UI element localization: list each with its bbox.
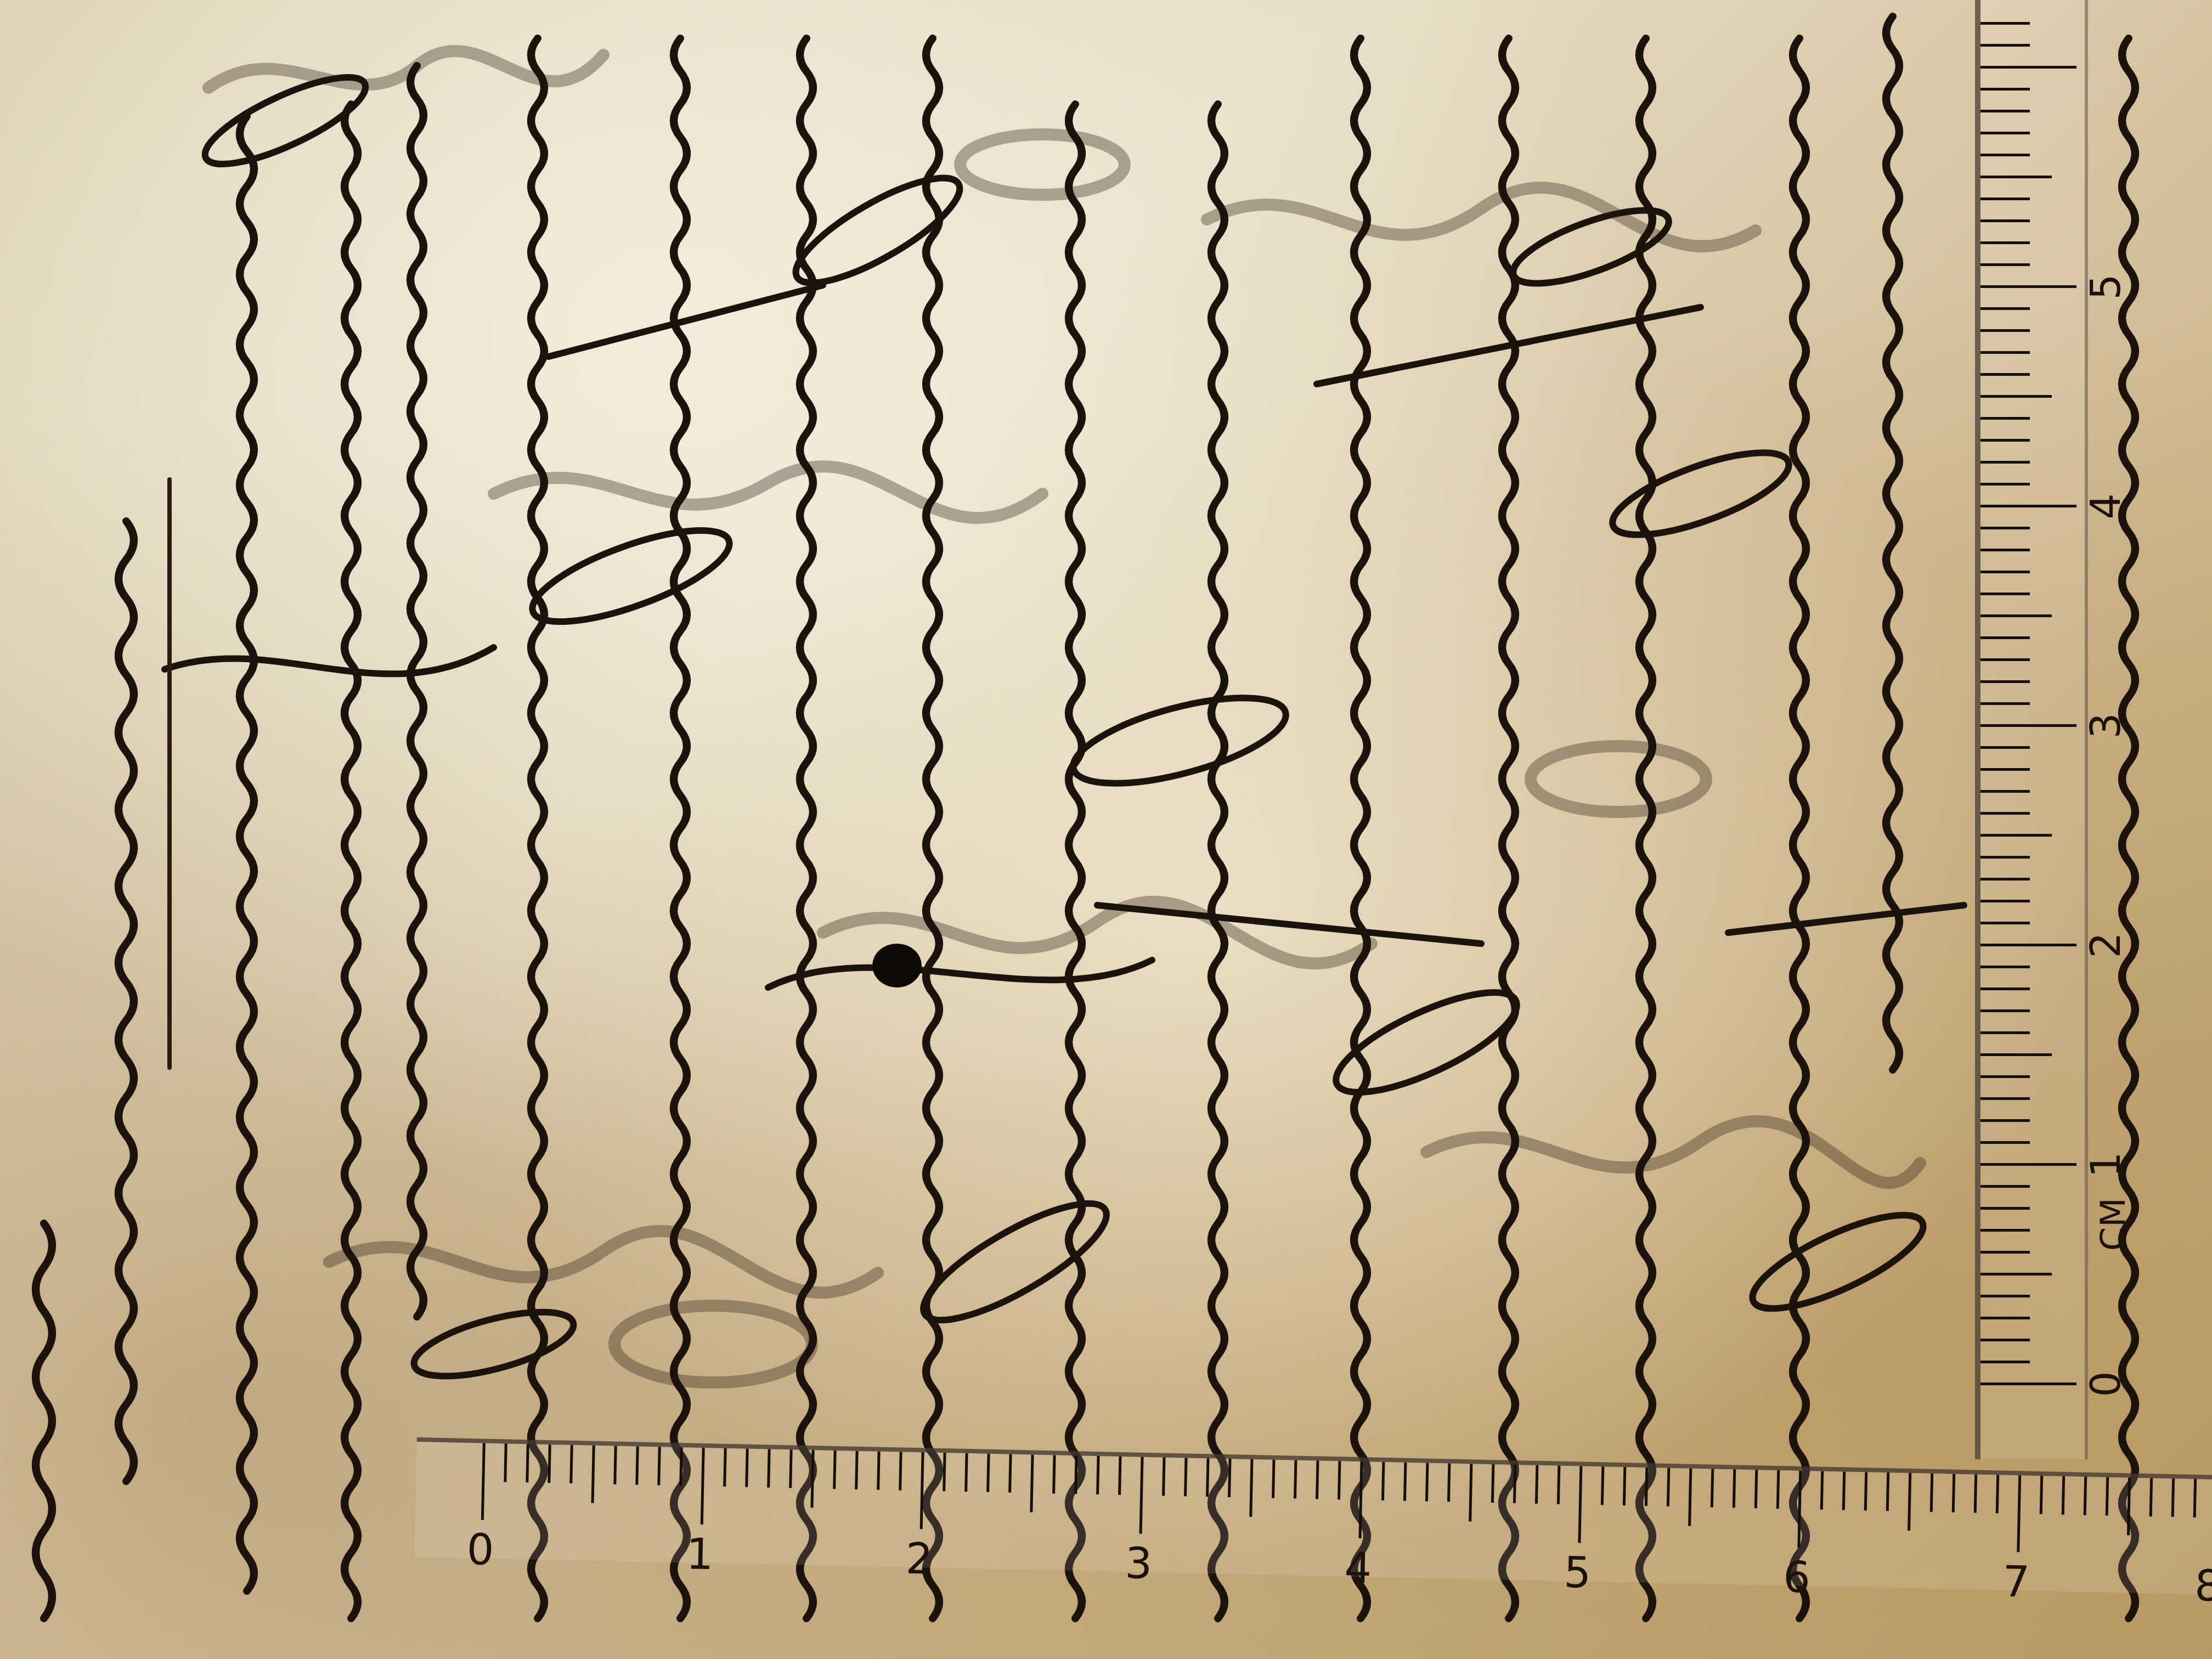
ruler-bottom-label: 6 [1782,1553,1811,1602]
ruler-right-label: 5 [2083,274,2130,300]
ruler-tick [1162,1457,1165,1496]
ruler-tick [1930,1474,1933,1512]
manuscript-page [0,0,2212,1659]
ruler-tick [789,1449,792,1488]
ruler-tick [920,1452,924,1529]
ruler-tick [1980,483,2030,486]
ruler-tick [1711,1469,1714,1507]
ruler-tick [1557,1466,1560,1504]
ruler-tick [2171,1479,2175,1517]
ruler-tick [1381,1462,1385,1500]
ruler-tick [1980,241,2030,244]
ruler-tick [767,1449,770,1487]
ruler-tick [1578,1466,1582,1543]
ruler-tick [1980,1251,2030,1254]
ruler-tick [810,1450,814,1508]
ruler-tick [1980,944,2076,946]
ruler-tick [1980,790,2030,793]
ruler-tick [1980,66,2076,69]
ruler-bottom-label: 4 [1344,1543,1373,1593]
ruler-tick [1980,1339,2030,1341]
ruler-tick [1228,1459,1231,1497]
handwriting-strokes [0,0,2212,1659]
ruler-bottom-label: 7 [2002,1558,2030,1607]
ruler-tick [1996,1475,1999,1513]
ruler-tick [1980,1119,2030,1122]
ruler-tick [1425,1463,1429,1502]
ruler-tick [1491,1464,1494,1503]
ruler-tick [2149,1478,2153,1516]
ruler-tick [1980,439,2030,442]
ruler-tick [591,1446,595,1503]
ruler-tick [1980,1317,2030,1319]
ruler-tick [1733,1469,1736,1508]
ruler-tick [899,1452,902,1490]
ruler-tick [2062,1476,2065,1515]
ruler-tick [1980,680,2030,683]
ruler-tick [1980,1097,2030,1100]
ruler-tick [1667,1468,1670,1506]
ruler-tick [1980,1031,2030,1034]
ruler-tick [1980,812,2030,815]
ruler-tick [1980,592,2030,595]
ruler-tick [943,1453,946,1491]
ruler-tick [1272,1460,1275,1498]
ruler-tick [1645,1468,1648,1506]
ruler-tick [1980,1009,2030,1012]
ruler-tick [1249,1459,1253,1517]
ruler-tick [1980,768,2030,771]
ruler-tick [701,1448,705,1525]
ruler-tick [1980,571,2030,573]
ruler-tick [526,1444,529,1482]
ruler-tick [1096,1456,1099,1494]
ruler-tick [1513,1465,1516,1503]
ruler-tick [1980,307,2030,310]
ruler-tick [1980,329,2030,332]
ruler-tick [1980,110,2030,112]
ruler-bottom-label: 8 [2194,1561,2212,1611]
ruler-unit-label: CM [2093,1198,2133,1251]
ruler-bottom-label: 2 [905,1534,934,1584]
ruler-tick [723,1448,726,1487]
ruler-tick [2127,1477,2131,1535]
ruler-tick [855,1451,858,1489]
ruler-right: 0 1 2 3 4 5 CM [1975,0,2088,1459]
ruler-tick [1980,22,2030,25]
ruler-tick [1980,746,2030,749]
ruler-tick [1980,549,2030,551]
ruler-tick [1980,636,2030,639]
ruler-tick [1447,1463,1451,1502]
ruler-tick [1980,88,2030,91]
ruler-tick [1206,1458,1209,1497]
ruler-tick [1886,1472,1889,1511]
ruler-tick [1864,1472,1867,1510]
ruler-tick [1980,527,2030,529]
ruler-bottom-label: 0 [466,1525,495,1575]
ruler-tick [1294,1460,1297,1499]
ruler-tick [1980,395,2052,398]
ruler-tick [1980,285,2076,288]
ruler-tick [1980,219,2030,222]
ruler-tick [877,1452,880,1490]
ruler-tick [1980,263,2030,266]
ruler-tick [1980,856,2030,859]
ruler-tick [1601,1466,1604,1505]
ruler-tick [1980,505,2076,507]
ruler-tick [1980,1361,2030,1363]
ruler-tick [548,1444,551,1483]
ruler-tick [1980,1075,2030,1078]
ruler-tick [1980,417,2030,420]
ruler-tick [833,1451,836,1489]
ruler-tick [745,1449,748,1487]
ruler-tick [635,1446,639,1485]
ruler-tick [1316,1460,1319,1499]
ruler-tick [1980,988,2030,990]
ruler-tick [481,1443,486,1520]
ruler-tick [2193,1479,2197,1517]
margin-rule-line [167,477,172,1070]
ruler-right-label: 2 [2083,932,2130,958]
ruler-tick [1980,922,2030,924]
ruler-tick [1974,1474,1977,1513]
ruler-tick [1403,1463,1407,1501]
ruler-tick [1980,1207,2030,1210]
ruler-tick [1469,1464,1472,1521]
ruler-tick [1688,1469,1692,1526]
ruler-tick [1184,1458,1187,1496]
ruler-tick [1980,1383,2076,1385]
ruler-tick [2017,1475,2021,1552]
ruler-tick [2084,1477,2087,1515]
ruler-right-label: 3 [2083,713,2130,738]
ruler-tick [1980,900,2030,902]
ruler-tick [1980,834,2052,837]
ruler-tick [1980,658,2030,661]
ruler-tick [1980,1163,2076,1166]
ruler-tick [1139,1457,1144,1534]
ruler-tick [1074,1455,1077,1494]
ruler-tick [1980,44,2030,47]
ruler-right-label: 0 [2083,1371,2130,1397]
ruler-tick [1980,724,2076,727]
ruler-tick [1908,1473,1911,1531]
ruler-tick [1980,1185,2030,1188]
ruler-tick [986,1454,990,1492]
ruler-tick [1980,1141,2030,1144]
ruler-tick [657,1447,661,1485]
ruler-tick [1980,351,2030,354]
ruler-right-label: 4 [2083,493,2130,519]
ruler-tick [1980,702,2030,705]
ruler-tick [1980,966,2030,968]
ruler-tick [1980,1229,2030,1232]
manuscript-photo: 0 1 2 3 4 5 6 7 8 0 1 2 3 4 5 CM [0,0,2212,1659]
ruler-tick [1980,878,2030,881]
ruler-right-label: 1 [2083,1152,2130,1177]
ruler-tick [1623,1467,1626,1505]
ruler-tick [1980,154,2030,156]
ruler-bottom-label: 1 [686,1530,714,1579]
ruler-tick [1952,1474,1955,1513]
ruler-tick [569,1445,573,1483]
ruler-tick [1980,132,2030,134]
ruler-tick [1359,1462,1363,1538]
ruler-tick [1052,1455,1056,1493]
ruler-tick [1980,373,2030,376]
ruler-tick [1797,1471,1802,1548]
ruler-tick [1535,1465,1538,1504]
ruler-tick [1754,1470,1758,1508]
ruler-tick [1776,1470,1780,1509]
ruler-tick [2106,1477,2109,1516]
ruler-tick [1820,1471,1824,1510]
ruler-tick [1980,1295,2030,1297]
ruler-tick [1338,1461,1341,1499]
ruler-tick [504,1443,507,1482]
ruler-tick [1118,1457,1121,1495]
ruler-tick [1980,176,2052,178]
ruler-tick [1980,1053,2052,1056]
ruler-tick [1842,1471,1846,1510]
ruler-tick [2040,1476,2043,1514]
ruler-tick [1030,1454,1034,1512]
ruler-tick [1980,461,2030,464]
ruler-tick [1980,198,2030,200]
ruler-tick [613,1446,617,1485]
ruler-tick [679,1447,682,1486]
ruler-bottom-label: 3 [1125,1539,1153,1589]
ruler-tick [964,1453,968,1492]
ruler-tick [1980,614,2052,617]
ruler-bottom-label: 5 [1564,1548,1592,1598]
ruler-tick [1980,1273,2052,1276]
ruler-tick [1008,1454,1012,1493]
